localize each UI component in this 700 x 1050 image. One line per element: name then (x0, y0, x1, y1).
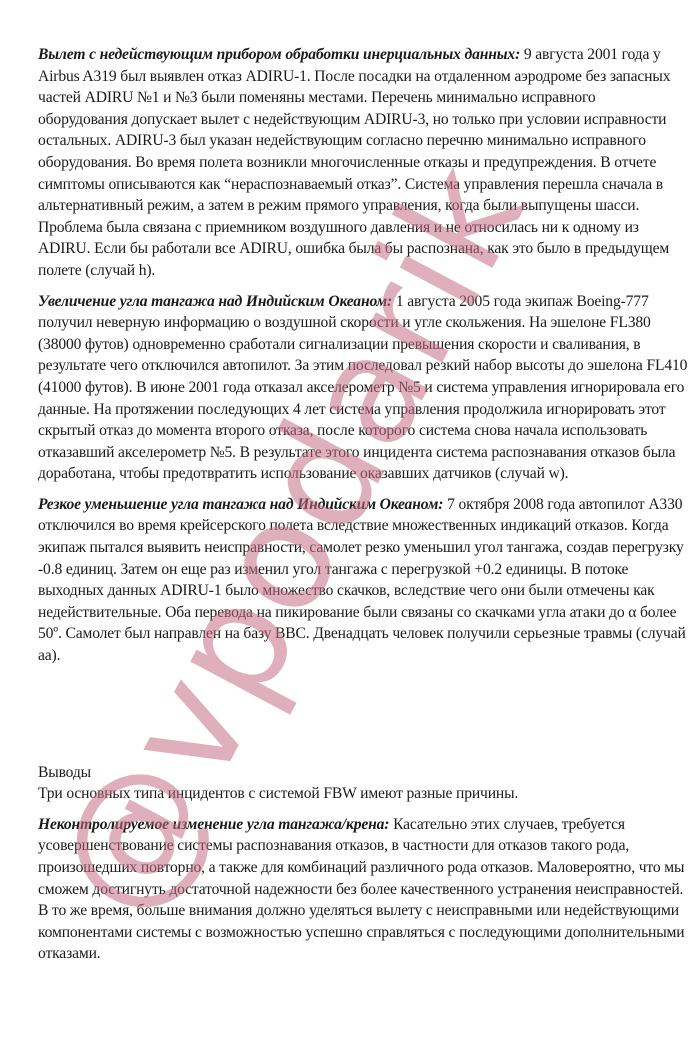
paragraph-lead: Увеличение угла тангажа над Индийским Ок… (38, 293, 392, 310)
paragraph-uncontrolled-pitch-roll: Неконтролируемое изменение угла тангажа/… (38, 814, 688, 965)
paragraph-body: 7 октября 2008 года автопилот A330 отклю… (38, 496, 686, 664)
paragraph-lead: Неконтролируемое изменение угла тангажа/… (38, 816, 389, 833)
paragraph-pitch-up: Увеличение угла тангажа над Индийским Ок… (38, 291, 688, 485)
paragraph-adiru-dispatch: Вылет с недействующим прибором обработки… (38, 44, 688, 282)
conclusions-intro: Три основных типа инцидентов с системой … (38, 783, 688, 805)
paragraph-body: Касательно этих случаев, требуется усове… (38, 816, 684, 963)
document-page: Вылет с недействующим прибором обработки… (38, 44, 688, 974)
blank-space (38, 676, 688, 762)
paragraph-pitch-down: Резкое уменьшение угла тангажа над Индий… (38, 494, 688, 667)
paragraph-lead: Резкое уменьшение угла тангажа над Индий… (38, 496, 443, 513)
section-heading-conclusions: Выводы (38, 762, 688, 784)
paragraph-body: 9 августа 2001 года у Airbus A319 был вы… (38, 46, 670, 279)
paragraph-lead: Вылет с недействующим прибором обработки… (38, 46, 520, 63)
paragraph-body: 1 августа 2005 года экипаж Boeing-777 по… (38, 293, 687, 483)
